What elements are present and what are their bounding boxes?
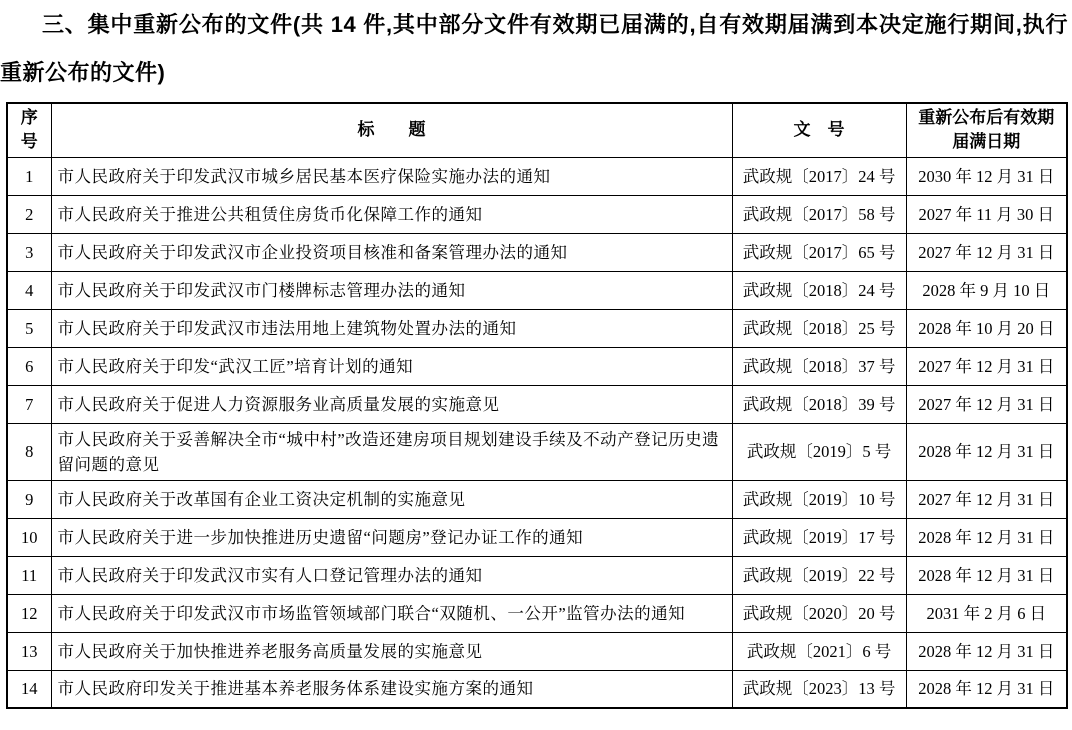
table-row: 2 市人民政府关于推进公共租赁住房货币化保障工作的通知 武政规〔2017〕58 … (7, 195, 1067, 233)
table-row: 6 市人民政府关于印发“武汉工匠”培育计划的通知 武政规〔2018〕37 号 2… (7, 347, 1067, 385)
doc-number-cell: 武政规〔2018〕25 号 (732, 309, 906, 347)
row-number-cell: 5 (7, 309, 51, 347)
title-cell: 市人民政府关于改革国有企业工资决定机制的实施意见 (51, 480, 732, 518)
section-heading: 三、集中重新公布的文件(共 14 件,其中部分文件有效期已届满的,自有效期届满到… (0, 0, 1072, 97)
expiry-date-cell: 2027 年 11 月 30 日 (906, 195, 1067, 233)
table-row: 5 市人民政府关于印发武汉市违法用地上建筑物处置办法的通知 武政规〔2018〕2… (7, 309, 1067, 347)
col-header-number: 序号 (7, 103, 51, 157)
doc-number-cell: 武政规〔2018〕39 号 (732, 385, 906, 423)
table-row: 14 市人民政府印发关于推进基本养老服务体系建设实施方案的通知 武政规〔2023… (7, 670, 1067, 708)
document-page: 三、集中重新公布的文件(共 14 件,其中部分文件有效期已届满的,自有效期届满到… (0, 0, 1072, 730)
expiry-date-cell: 2027 年 12 月 31 日 (906, 233, 1067, 271)
title-cell: 市人民政府关于印发武汉市企业投资项目核准和备案管理办法的通知 (51, 233, 732, 271)
table-row: 13 市人民政府关于加快推进养老服务高质量发展的实施意见 武政规〔2021〕6 … (7, 632, 1067, 670)
expiry-date-cell: 2028 年 10 月 20 日 (906, 309, 1067, 347)
table-row: 11 市人民政府关于印发武汉市实有人口登记管理办法的通知 武政规〔2019〕22… (7, 556, 1067, 594)
title-cell: 市人民政府关于印发武汉市城乡居民基本医疗保险实施办法的通知 (51, 157, 732, 195)
expiry-date-cell: 2027 年 12 月 31 日 (906, 347, 1067, 385)
row-number-cell: 13 (7, 632, 51, 670)
title-cell: 市人民政府关于印发武汉市门楼牌标志管理办法的通知 (51, 271, 732, 309)
expiry-date-cell: 2030 年 12 月 31 日 (906, 157, 1067, 195)
title-cell: 市人民政府关于印发“武汉工匠”培育计划的通知 (51, 347, 732, 385)
doc-number-cell: 武政规〔2017〕24 号 (732, 157, 906, 195)
expiry-date-cell: 2028 年 12 月 31 日 (906, 632, 1067, 670)
title-cell: 市人民政府关于妥善解决全市“城中村”改造还建房项目规划建设手续及不动产登记历史遗… (51, 423, 732, 480)
title-cell: 市人民政府印发关于推进基本养老服务体系建设实施方案的通知 (51, 670, 732, 708)
doc-number-cell: 武政规〔2019〕22 号 (732, 556, 906, 594)
expiry-date-cell: 2028 年 12 月 31 日 (906, 518, 1067, 556)
row-number-cell: 6 (7, 347, 51, 385)
doc-number-cell: 武政规〔2018〕24 号 (732, 271, 906, 309)
table-row: 3 市人民政府关于印发武汉市企业投资项目核准和备案管理办法的通知 武政规〔201… (7, 233, 1067, 271)
table-row: 7 市人民政府关于促进人力资源服务业高质量发展的实施意见 武政规〔2018〕39… (7, 385, 1067, 423)
doc-number-cell: 武政规〔2019〕10 号 (732, 480, 906, 518)
row-number-cell: 14 (7, 670, 51, 708)
row-number-cell: 11 (7, 556, 51, 594)
col-header-expiry: 重新公布后有效期届满日期 (906, 103, 1067, 157)
table-row: 9 市人民政府关于改革国有企业工资决定机制的实施意见 武政规〔2019〕10 号… (7, 480, 1067, 518)
title-cell: 市人民政府关于加快推进养老服务高质量发展的实施意见 (51, 632, 732, 670)
title-cell: 市人民政府关于促进人力资源服务业高质量发展的实施意见 (51, 385, 732, 423)
row-number-cell: 12 (7, 594, 51, 632)
table-row: 8 市人民政府关于妥善解决全市“城中村”改造还建房项目规划建设手续及不动产登记历… (7, 423, 1067, 480)
title-cell: 市人民政府关于印发武汉市实有人口登记管理办法的通知 (51, 556, 732, 594)
title-cell: 市人民政府关于印发武汉市市场监管领域部门联合“双随机、一公开”监管办法的通知 (51, 594, 732, 632)
table-row: 10 市人民政府关于进一步加快推进历史遗留“问题房”登记办证工作的通知 武政规〔… (7, 518, 1067, 556)
expiry-date-cell: 2027 年 12 月 31 日 (906, 480, 1067, 518)
expiry-date-cell: 2028 年 12 月 31 日 (906, 423, 1067, 480)
doc-number-cell: 武政规〔2023〕13 号 (732, 670, 906, 708)
title-cell: 市人民政府关于进一步加快推进历史遗留“问题房”登记办证工作的通知 (51, 518, 732, 556)
expiry-date-cell: 2028 年 12 月 31 日 (906, 670, 1067, 708)
doc-number-cell: 武政规〔2020〕20 号 (732, 594, 906, 632)
expiry-date-cell: 2028 年 12 月 31 日 (906, 556, 1067, 594)
row-number-cell: 2 (7, 195, 51, 233)
expiry-date-cell: 2027 年 12 月 31 日 (906, 385, 1067, 423)
row-number-cell: 4 (7, 271, 51, 309)
col-header-doc-no: 文 号 (732, 103, 906, 157)
doc-number-cell: 武政规〔2019〕17 号 (732, 518, 906, 556)
title-cell: 市人民政府关于印发武汉市违法用地上建筑物处置办法的通知 (51, 309, 732, 347)
header-row: 序号 标 题 文 号 重新公布后有效期届满日期 (7, 103, 1067, 157)
doc-number-cell: 武政规〔2017〕65 号 (732, 233, 906, 271)
row-number-cell: 10 (7, 518, 51, 556)
expiry-date-cell: 2028 年 9 月 10 日 (906, 271, 1067, 309)
table-header: 序号 标 题 文 号 重新公布后有效期届满日期 (7, 103, 1067, 157)
row-number-cell: 1 (7, 157, 51, 195)
doc-number-cell: 武政规〔2017〕58 号 (732, 195, 906, 233)
doc-number-cell: 武政规〔2019〕5 号 (732, 423, 906, 480)
row-number-cell: 9 (7, 480, 51, 518)
table-row: 4 市人民政府关于印发武汉市门楼牌标志管理办法的通知 武政规〔2018〕24 号… (7, 271, 1067, 309)
col-header-title: 标 题 (51, 103, 732, 157)
row-number-cell: 3 (7, 233, 51, 271)
doc-number-cell: 武政规〔2018〕37 号 (732, 347, 906, 385)
doc-number-cell: 武政规〔2021〕6 号 (732, 632, 906, 670)
title-cell: 市人民政府关于推进公共租赁住房货币化保障工作的通知 (51, 195, 732, 233)
row-number-cell: 7 (7, 385, 51, 423)
table-body: 1 市人民政府关于印发武汉市城乡居民基本医疗保险实施办法的通知 武政规〔2017… (7, 157, 1067, 708)
row-number-cell: 8 (7, 423, 51, 480)
table-row: 1 市人民政府关于印发武汉市城乡居民基本医疗保险实施办法的通知 武政规〔2017… (7, 157, 1067, 195)
expiry-date-cell: 2031 年 2 月 6 日 (906, 594, 1067, 632)
republished-files-table: 序号 标 题 文 号 重新公布后有效期届满日期 1 市人民政府关于印发武汉市城乡… (6, 102, 1068, 709)
table-row: 12 市人民政府关于印发武汉市市场监管领域部门联合“双随机、一公开”监管办法的通… (7, 594, 1067, 632)
